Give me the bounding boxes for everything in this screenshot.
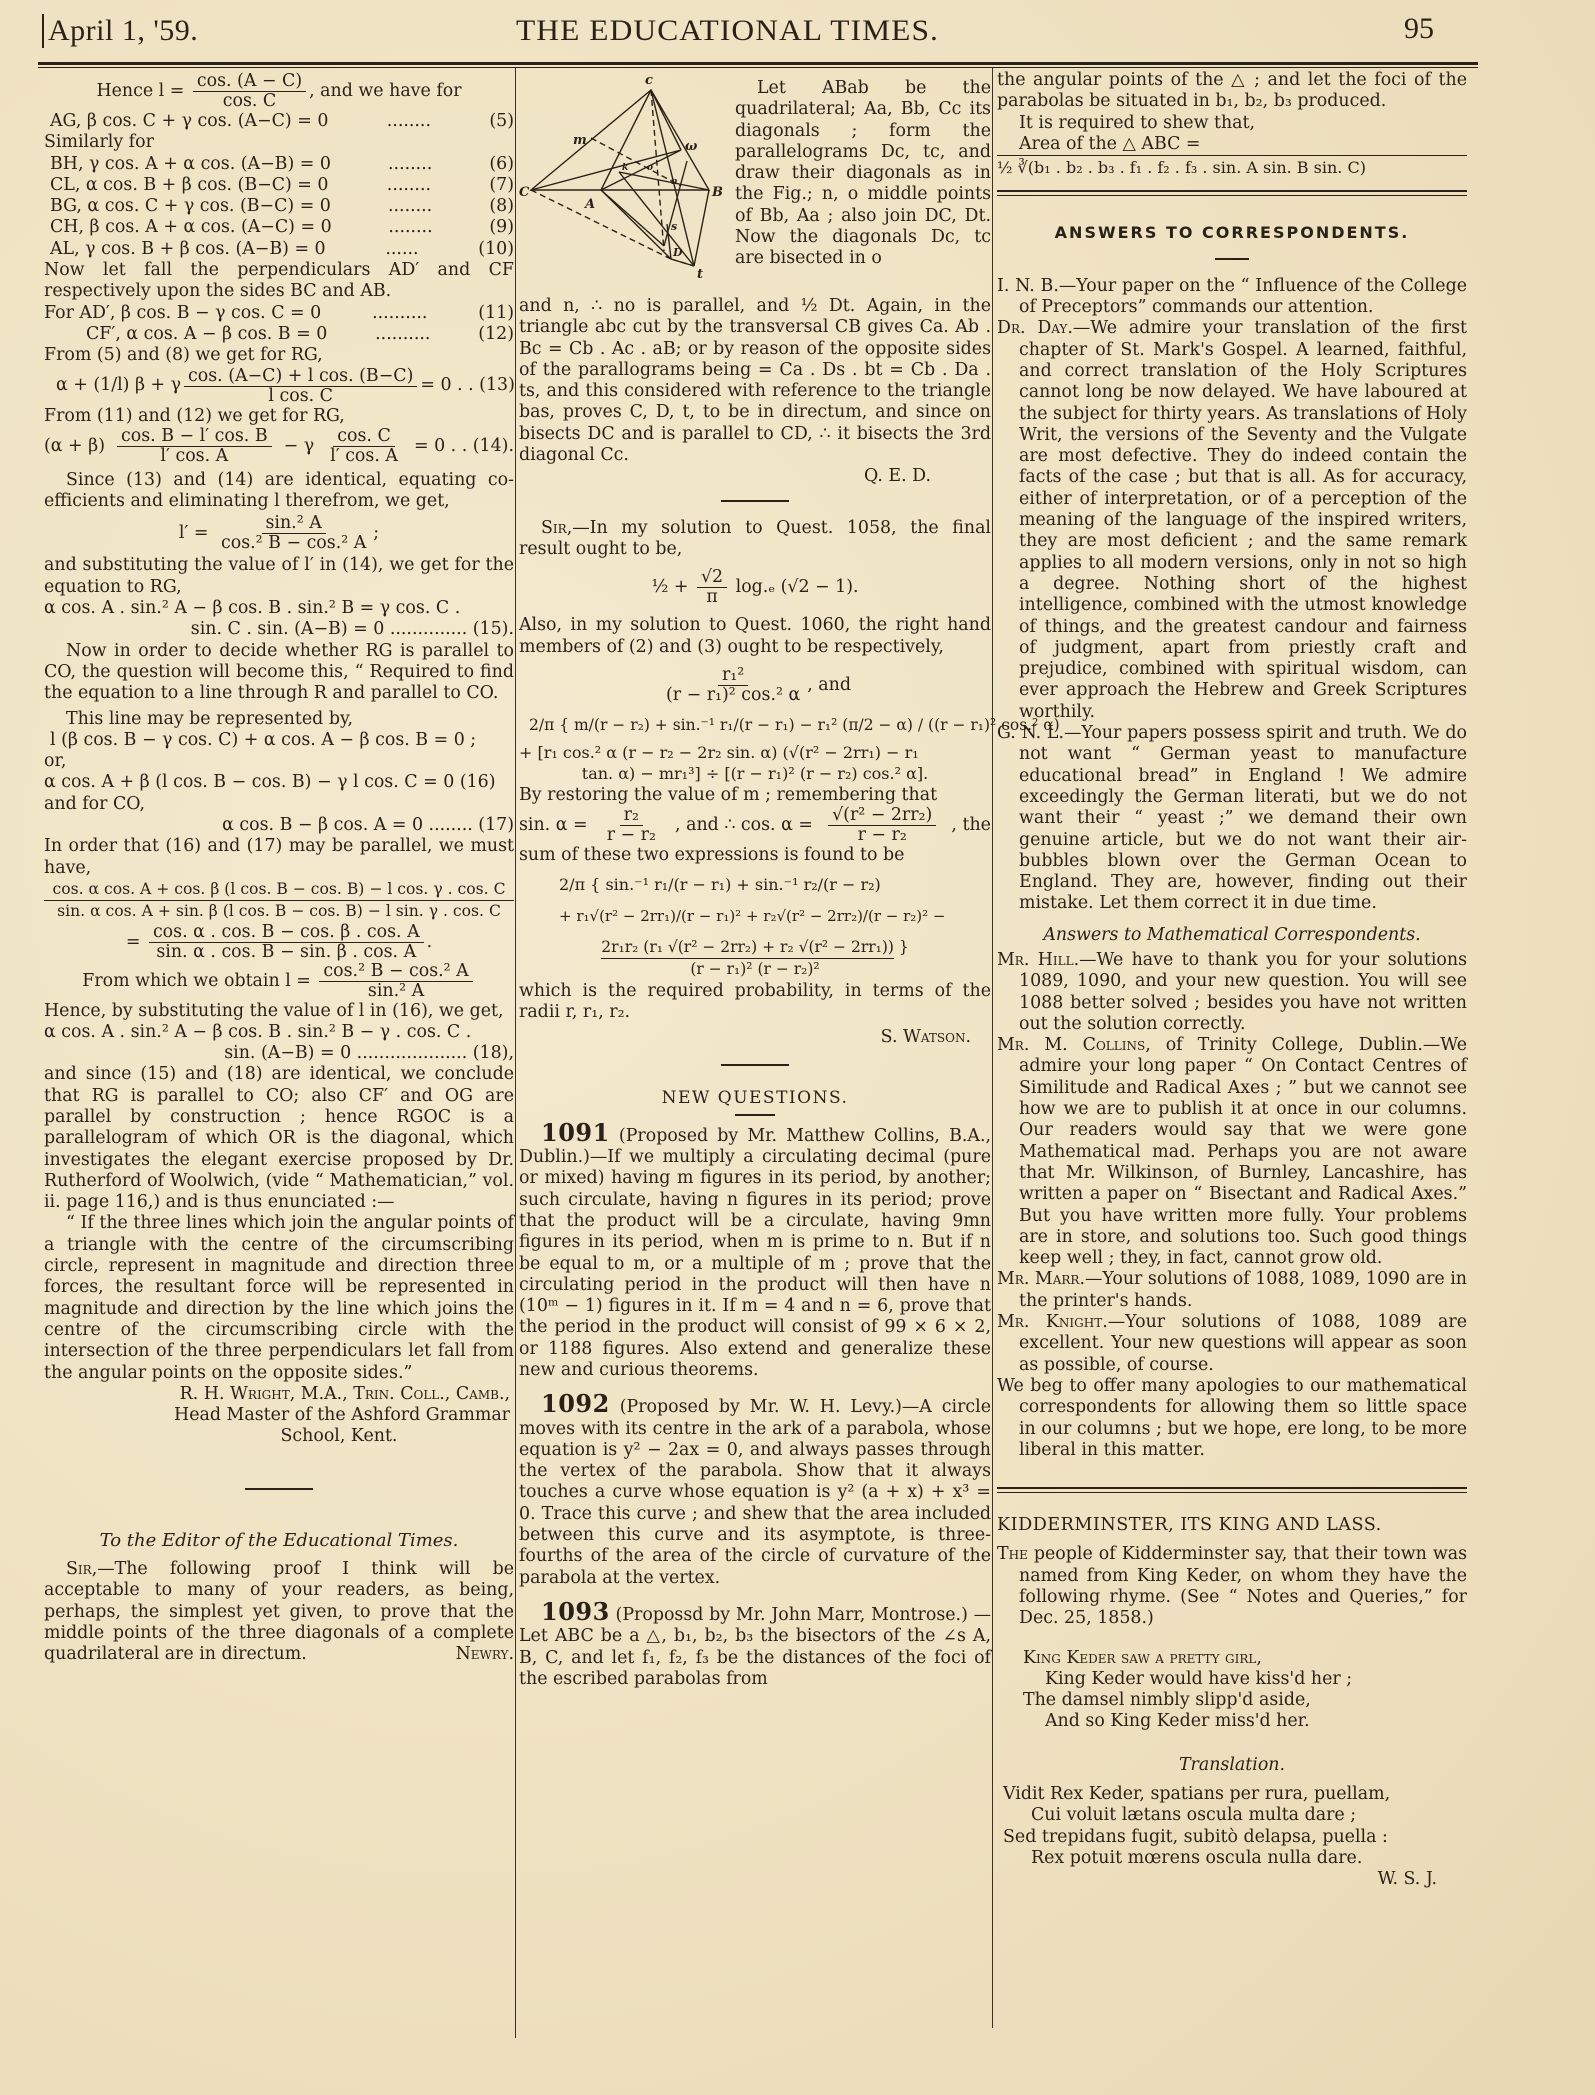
area-formula: ½ ∛(b₁ . b₂ . b₃ . f₁ . f₂ . f₃ . sin. A… xyxy=(997,155,1467,178)
numerator: √(r² − 2rr₂) xyxy=(828,806,936,826)
page-header: April 1, '59. THE EDUCATIONAL TIMES. 95 xyxy=(38,8,1478,60)
equation-label: (10) xyxy=(478,239,514,260)
correspondent-name: Mr. Hill. xyxy=(997,950,1079,970)
left-column: Hence l = cos. (A − C)cos. C, and we hav… xyxy=(44,70,514,1666)
fraction: cos. (A−C) + l cos. (B−C)l cos. C xyxy=(184,367,417,406)
sum-expression-line3: 2r₁r₂ (r₁ √(r² − 2rr₂) + r₂ √(r² − 2rr₁)… xyxy=(519,937,991,981)
denominator: (r − r₁)² (r − r₂)² xyxy=(519,959,991,980)
math-answers-heading: Answers to Mathematical Correspondents. xyxy=(997,925,1467,946)
equation-prefix: l′ = xyxy=(179,523,209,543)
sin-cos-relations: sin. α = r₂r − r₂ , and ∴ cos. α = √(r² … xyxy=(519,806,991,845)
required-probability-text: which is the required probability, in te… xyxy=(519,981,991,1024)
editor-letter-heading: To the Editor of the Educational Times. xyxy=(44,1530,514,1551)
svg-text:c: c xyxy=(645,73,653,88)
section-divider xyxy=(1215,258,1249,260)
denominator: (r − r₁)² cos.² α xyxy=(662,686,804,705)
equation-label: (6) xyxy=(489,154,514,175)
new-questions-heading: NEW QUESTIONS. xyxy=(519,1088,991,1109)
equation-5: AG, β cos. C + γ cos. (A−C) = 0........(… xyxy=(44,111,514,132)
leader-dots: ........ xyxy=(388,217,432,238)
answer-text: —Your papers possess spirit and truth. W… xyxy=(1019,723,1467,913)
equation-17: α cos. B − β cos. A = 0 ........ (17) xyxy=(44,815,514,836)
expression-3-line1: 2/π { m/(r − r₂) + sin.⁻¹ r₁/(r − r₁) − … xyxy=(519,715,991,736)
latin-translation: Vidit Rex Keder, spatians per rura, puel… xyxy=(997,1784,1467,1869)
equation-9: CH, β cos. A + α cos. (A−C) = 0........(… xyxy=(44,217,514,238)
equation-suffix: , and xyxy=(807,675,851,695)
section-divider xyxy=(245,1488,313,1490)
sum-found-text: sum of these two expressions is found to… xyxy=(519,845,991,866)
expression-3-line3: tan. α) − mr₁³] ÷ [(r − r₁)² (r − r₂) co… xyxy=(519,763,991,784)
sum-expression-line2: + r₁√(r² − 2rr₁)/(r − r₁)² + r₂√(r² − 2r… xyxy=(519,906,991,927)
poem-line: And so King Keder miss'd her. xyxy=(1023,1711,1467,1732)
equation-label: (5) xyxy=(489,111,514,132)
equation-label: (12) xyxy=(478,324,514,345)
answer-mr-marr: Mr. Marr.—Your solutions of 1088, 1089, … xyxy=(997,1269,1467,1312)
denominator: cos.² B − cos.² A xyxy=(217,534,370,553)
fraction: cos. B − l′ cos. Bl′ cos. A xyxy=(117,427,272,466)
equation-prefix: From which we obtain l = xyxy=(82,971,311,991)
svg-text:s: s xyxy=(671,220,677,233)
line-equation: l (β cos. B − γ cos. C) + α cos. A − β c… xyxy=(44,730,514,751)
equation-18-line2: sin. (A−B) = 0 .................... (18)… xyxy=(44,1043,514,1064)
substituting-text: and substituting the value of l′ in (14)… xyxy=(44,555,514,598)
fraction: √(r² − 2rr₂)r − r₂ xyxy=(828,806,936,845)
answer-gnl: G. N. L.—Your papers possess spirit and … xyxy=(997,723,1467,915)
answer-text: —We admire your translation of the first… xyxy=(1019,318,1467,721)
area-label: Area of the △ ABC = xyxy=(997,134,1467,155)
leader-dots: ........ xyxy=(388,154,432,175)
section-divider xyxy=(721,1064,789,1066)
fraction: cos.² B − cos.² Asin.² A xyxy=(319,962,472,1001)
answer-mr-knight: Mr. Knight.—Your solutions of 1088, 1089… xyxy=(997,1312,1467,1376)
svg-text:t: t xyxy=(697,267,703,282)
equation-12: CF′, α cos. A − β cos. B = 0..........(1… xyxy=(44,324,514,345)
equation-6: BH, γ cos. A + α cos. (A−B) = 0........(… xyxy=(44,154,514,175)
correspondent-name: I. N. B. xyxy=(997,276,1059,296)
page-number: 95 xyxy=(1404,12,1434,46)
denominator: l′ cos. A xyxy=(326,447,402,466)
newry-signature: Newry. xyxy=(434,1644,514,1665)
since-identical-text: Since (13) and (14) are identical, equat… xyxy=(44,470,514,513)
leader-dots: ...... xyxy=(385,239,418,260)
translation-heading: Translation. xyxy=(997,1755,1467,1776)
svg-text:o: o xyxy=(647,163,653,173)
latin-line: Vidit Rex Keder, spatians per rura, puel… xyxy=(1003,1784,1467,1805)
fraction: √2π xyxy=(697,568,727,607)
similarly-text: Similarly for xyxy=(44,132,514,153)
answer-mr-hill: Mr. Hill.—We have to thank you for your … xyxy=(997,950,1467,1035)
numerator: cos. α . cos. B − cos. β . cos. A xyxy=(149,923,424,943)
poem-line-text: King Keder saw a pretty girl, xyxy=(1023,1648,1262,1668)
salutation: Sir, xyxy=(541,518,572,538)
poem-line: The damsel nimbly slipp'd aside, xyxy=(1023,1690,1467,1711)
editor-letter-body: Sir,—The following proof I think will be… xyxy=(44,1559,514,1665)
middle-column: c m ω C A B k o n s D t Let ABab be the … xyxy=(519,70,991,1690)
expression-3-line2: + [r₁ cos.² α (r − r₂ − 2r₂ sin. α) (√(r… xyxy=(519,742,991,763)
fraction: cos. (A − C)cos. C xyxy=(193,72,306,111)
brace: } xyxy=(894,938,909,956)
equation-suffix: , the xyxy=(951,815,991,836)
rutherford-quote: “ If the three lines which join the angu… xyxy=(44,1213,514,1383)
kidderminster-intro: The people of Kidderminster say, that th… xyxy=(997,1544,1467,1629)
question-1093-continued: the angular points of the △ ; and let th… xyxy=(997,70,1467,113)
kidderminster-heading: KIDDERMINSTER, ITS KING AND LASS. xyxy=(997,1515,1467,1536)
equation-label: (11) xyxy=(478,303,514,324)
equation-text: BH, γ cos. A + α cos. (A−B) = 0 xyxy=(50,154,331,175)
parallel-condition-fraction: cos. α cos. A + cos. β (l cos. B − cos. … xyxy=(44,879,514,923)
poem-line: King Keder would have kiss'd her ; xyxy=(1023,1669,1467,1690)
equation-14: (α + β) cos. B − l′ cos. Bl′ cos. A − γ … xyxy=(44,427,514,466)
denominator: l′ cos. A xyxy=(156,447,232,466)
qed-mark: Q. E. D. xyxy=(519,466,991,487)
svg-text:m: m xyxy=(573,133,587,148)
correspondent-name: Mr. M. Collins, xyxy=(997,1035,1151,1055)
obtain-l-equation: From which we obtain l = cos.² B − cos.²… xyxy=(44,962,514,1001)
equation-13: α + (1/l) β + γ cos. (A−C) + l cos. (B−C… xyxy=(44,367,514,406)
numerator: cos. C xyxy=(333,427,395,447)
numerator: cos. (A−C) + l cos. (B−C) xyxy=(184,367,417,387)
question-text: (Proposed by Mr. Matthew Collins, B.A., … xyxy=(519,1126,991,1380)
latin-line: Sed trepidans fugit, subitò delapsa, pue… xyxy=(1003,1827,1467,1848)
numerator: cos.² B − cos.² A xyxy=(319,962,472,982)
from-5-8-text: From (5) and (8) we get for RG, xyxy=(44,345,514,366)
wright-signature-line1: R. H. Wright, M.A., Trin. Coll., Camb., xyxy=(44,1384,514,1405)
quadrilateral-figure: c m ω C A B k o n s D t xyxy=(519,66,729,296)
equation-8: BG, α cos. C + γ cos. (B−C) = 0........(… xyxy=(44,196,514,217)
intro-text: people of Kidderminster say, that their … xyxy=(1019,1544,1467,1628)
numerator: cos. α cos. A + cos. β (l cos. B − cos. … xyxy=(44,879,514,901)
question-text: (Proposed by Mr. W. H. Levy.)—A circle m… xyxy=(519,1397,991,1587)
equation-7: CL, α cos. B + β cos. (B−C) = 0........(… xyxy=(44,175,514,196)
correspondent-name: Mr. Marr. xyxy=(997,1269,1085,1289)
denominator: sin. α cos. A + sin. β (l cos. B − cos. … xyxy=(44,901,514,922)
equation-suffix: ; xyxy=(373,523,379,543)
wright-signature-line2: Head Master of the Ashford Grammar xyxy=(44,1405,514,1426)
right-column: the angular points of the △ ; and let th… xyxy=(997,70,1467,1891)
fraction: sin.² Acos.² B − cos.² A xyxy=(217,514,370,553)
equation-16: α cos. A + β (l cos. B − cos. B) − γ l c… xyxy=(44,772,514,793)
in-order-text: In order that (16) and (17) may be paral… xyxy=(44,836,514,879)
equation-label: (7) xyxy=(489,175,514,196)
equation-suffix: log.ₑ (√2 − 1). xyxy=(736,577,859,597)
wsj-signature: W. S. J. xyxy=(997,1869,1467,1890)
denominator: r − r₂ xyxy=(854,826,911,845)
result-1058: ½ + √2π log.ₑ (√2 − 1). xyxy=(519,568,991,607)
question-1091: 1091 (Proposed by Mr. Matthew Collins, B… xyxy=(519,1122,991,1382)
question-number: 1091 xyxy=(541,1118,610,1147)
apology-text: We beg to offer many apologies to our ma… xyxy=(997,1376,1467,1461)
numerator: √2 xyxy=(697,568,727,588)
numerator: r₂ xyxy=(620,806,643,826)
perpendiculars-text: Now let fall the perpendiculars AD′ and … xyxy=(44,260,514,303)
sin-lhs: sin. α = xyxy=(519,815,588,836)
section-divider xyxy=(735,1114,775,1116)
svg-text:k: k xyxy=(622,163,628,173)
denominator: π xyxy=(702,588,721,607)
equation-10: AL, γ cos. B + β cos. (A−B) = 0......(10… xyxy=(44,239,514,260)
leader-dots: ........ xyxy=(387,111,431,132)
svg-text:ω: ω xyxy=(685,139,698,154)
answer-dr-day: Dr. Day.—We admire your translation of t… xyxy=(997,318,1467,723)
expression-2: r₁²(r − r₁)² cos.² α, and xyxy=(519,666,991,705)
denominator: r − r₂ xyxy=(603,826,660,845)
numerator: sin.² A xyxy=(262,514,326,534)
parallel-condition-rhs: = cos. α . cos. B − cos. β . cos. Asin. … xyxy=(44,923,514,962)
numerator: cos. (A − C) xyxy=(193,72,306,92)
or-text: or, xyxy=(44,751,514,772)
equation-text: For AD′, β cos. B − γ cos. C = 0 xyxy=(44,303,321,324)
equation-prefix: α + (1/l) β + γ xyxy=(56,375,181,396)
sum-expression-line1: 2/π { sin.⁻¹ r₁/(r − r₁) + sin.⁻¹ r₂/(r … xyxy=(519,874,991,895)
fraction: r₂r − r₂ xyxy=(603,806,660,845)
poem-line: King Keder saw a pretty girl, xyxy=(1023,1648,1467,1669)
decide-parallel-text: Now in order to decide whether RG is par… xyxy=(44,641,514,705)
equation-text: AG, β cos. C + γ cos. (A−C) = 0 xyxy=(50,111,328,132)
line-represented-text: This line may be represented by, xyxy=(44,709,514,730)
from-11-12-text: From (11) and (12) we get for RG, xyxy=(44,406,514,427)
svg-text:n: n xyxy=(671,177,678,187)
latin-line: Cui voluit lætans oscula multa dare ; xyxy=(1003,1805,1467,1826)
correspondent-name: Dr. Day. xyxy=(997,318,1073,338)
lead-word: The xyxy=(997,1544,1028,1564)
section-double-rule xyxy=(997,190,1467,196)
correspondent-name: Mr. Knight. xyxy=(997,1312,1108,1332)
cos-lhs: , and ∴ cos. α = xyxy=(675,815,813,836)
section-double-rule xyxy=(997,1487,1467,1493)
quadrilateral-proof-continued: and n, ∴ no is parallel, and ½ Dt. Again… xyxy=(519,296,991,466)
svg-text:D: D xyxy=(672,246,683,259)
equation-label: (8) xyxy=(489,196,514,217)
answers-heading: ANSWERS TO CORRESPONDENTS. xyxy=(997,222,1467,243)
issue-date: April 1, '59. xyxy=(42,14,198,48)
section-divider xyxy=(721,500,789,502)
correspondent-name: G. N. L. xyxy=(997,723,1064,743)
equation-prefix: ½ + xyxy=(651,577,688,597)
and-for-co-text: and for CO, xyxy=(44,794,514,815)
denominator: cos. C xyxy=(219,92,281,111)
numerator: r₁² xyxy=(718,666,748,686)
numerator: cos. B − l′ cos. B xyxy=(117,427,272,447)
question-1093: 1093 (Propossd by Mr. John Marr, Montros… xyxy=(519,1601,991,1690)
l-prime-equation: l′ = sin.² Acos.² B − cos.² A; xyxy=(44,514,514,553)
question-1092: 1092 (Proposed by Mr. W. H. Levy.)—A cir… xyxy=(519,1393,991,1589)
fraction: cos. Cl′ cos. A xyxy=(326,427,402,466)
answer-mr-collins: Mr. M. Collins, of Trinity College, Dubl… xyxy=(997,1035,1467,1269)
equation-11: For AD′, β cos. B − γ cos. C = 0........… xyxy=(44,303,514,324)
restoring-text: By restoring the value of m ; rememberin… xyxy=(519,785,991,806)
geometry-diagram-icon: c m ω C A B k o n s D t xyxy=(519,66,729,296)
fraction: r₁²(r − r₁)² cos.² α xyxy=(662,666,804,705)
letter-text: —In my solution to Quest. 1058, the fina… xyxy=(519,518,991,559)
svg-text:C: C xyxy=(519,185,530,200)
equation-18-line1: α cos. A . sin.² A − β cos. B . sin.² B … xyxy=(44,1022,514,1043)
denominator: sin. α . cos. B − sin. β . cos. A xyxy=(152,943,420,962)
denominator: sin.² A xyxy=(364,982,428,1001)
conclusion-text: and since (15) and (18) are identical, w… xyxy=(44,1064,514,1213)
column-divider-left xyxy=(515,68,516,2038)
svg-text:A: A xyxy=(583,197,595,212)
equation-prefix: (α + β) xyxy=(44,436,105,457)
latin-line: Rex potuit mœrens oscula nulla dare. xyxy=(1003,1848,1467,1869)
answer-text: of Trinity College, Dublin.—We admire yo… xyxy=(1019,1035,1467,1268)
equation-text: CH, β cos. A + α cos. (A−C) = 0 xyxy=(50,217,332,238)
equation-text: CF′, α cos. A − β cos. B = 0 xyxy=(86,324,327,345)
question-number: 1092 xyxy=(541,1389,610,1418)
salutation: Sir, xyxy=(66,1559,97,1579)
king-keder-poem: King Keder saw a pretty girl, King Keder… xyxy=(997,1648,1467,1733)
wright-signature-line3: School, Kent. xyxy=(44,1426,514,1447)
question-number: 1093 xyxy=(541,1597,610,1626)
equation-15-line2: sin. C . sin. (A−B) = 0 .............. (… xyxy=(44,619,514,640)
equation-text: BG, α cos. C + γ cos. (B−C) = 0 xyxy=(50,196,331,217)
answer-text: —Your paper on the “ Influence of the Co… xyxy=(1019,276,1467,317)
equation-prefix: Hence l = xyxy=(96,81,184,101)
header-rule xyxy=(38,62,1478,68)
leader-dots: ........ xyxy=(388,196,432,217)
equals-sign: = xyxy=(126,932,141,952)
leader-dots: ........ xyxy=(387,175,431,196)
leader-dots: .......... xyxy=(372,303,427,324)
denominator: l cos. C xyxy=(264,387,337,406)
fraction: cos. α . cos. B − cos. β . cos. Asin. α … xyxy=(149,923,424,962)
equation-text: CL, α cos. B + β cos. (B−C) = 0 xyxy=(50,175,328,196)
equation-suffix: , and we have for xyxy=(309,81,461,101)
equation-label: (9) xyxy=(489,217,514,238)
l-definition: Hence l = cos. (A − C)cos. C, and we hav… xyxy=(44,72,514,111)
watson-letter-intro: Sir,—In my solution to Quest. 1058, the … xyxy=(519,518,991,561)
signature-text: R. H. Wright, M.A., Trin. Coll., Camb., xyxy=(180,1384,510,1404)
svg-text:B: B xyxy=(711,185,723,200)
column-divider-right xyxy=(992,68,993,2028)
equation-operator: − γ xyxy=(284,436,315,457)
answer-text: —Your solutions of 1088, 1089, 1090 are … xyxy=(1019,1269,1467,1310)
hence-substituting-text: Hence, by substituting the value of l in… xyxy=(44,1001,514,1022)
equation-15-line1: α cos. A . sin.² A − β cos. B . sin.² B … xyxy=(44,598,514,619)
leader-dots: .......... xyxy=(375,324,430,345)
equation-suffix: = 0 . . (14). xyxy=(414,436,514,457)
answer-inb: I. N. B.—Your paper on the “ Influence o… xyxy=(997,276,1467,319)
required-to-shew-text: It is required to shew that, xyxy=(997,113,1467,134)
numerator: 2r₁r₂ (r₁ √(r² − 2rr₂) + r₂ √(r² − 2rr₁)… xyxy=(601,937,894,959)
equation-suffix: = 0 . . (13) xyxy=(420,375,515,396)
also-1060-text: Also, in my solution to Quest. 1060, the… xyxy=(519,615,991,658)
watson-signature: S. Watson. xyxy=(519,1027,991,1048)
publication-title: THE EDUCATIONAL TIMES. xyxy=(516,14,939,48)
equation-text: AL, γ cos. B + β cos. (A−B) = 0 xyxy=(50,239,326,260)
answer-text: —We have to thank you for your solutions… xyxy=(1019,950,1467,1034)
